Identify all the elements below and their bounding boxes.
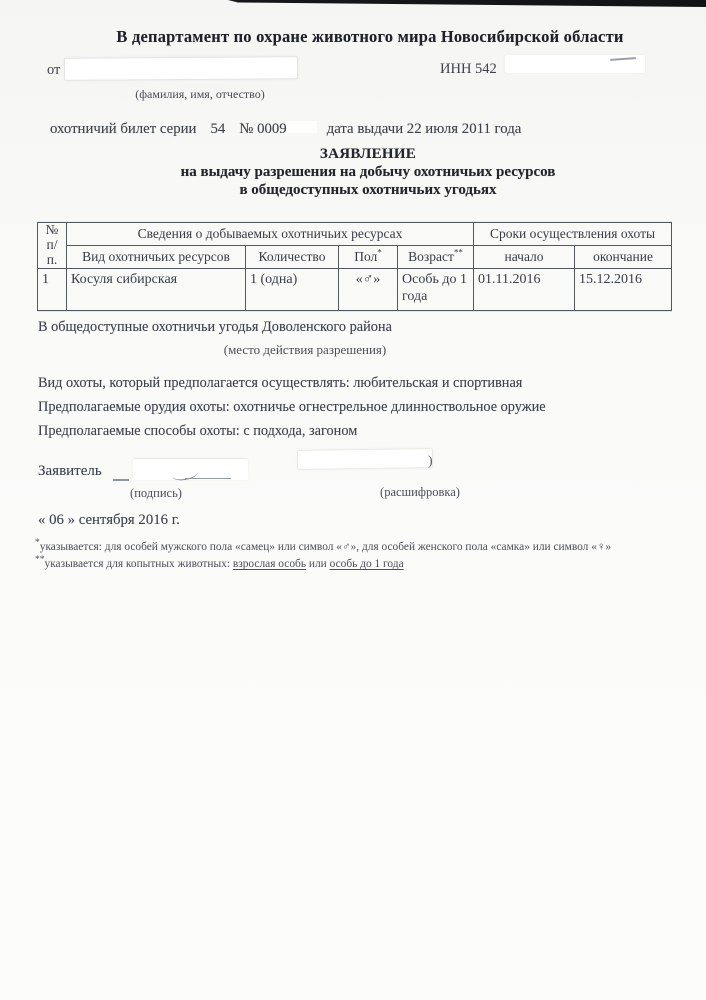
- document-recipient-title: В департамент по охране животного мира Н…: [50, 27, 690, 47]
- scanner-edge-artifact: [0, 0, 706, 8]
- cell-start-date: 01.11.2016: [474, 268, 575, 310]
- signature-pen-line: [185, 478, 231, 479]
- group-header-terms: Сроки осуществления охоты: [474, 223, 672, 246]
- col-header-start: начало: [474, 246, 575, 268]
- permit-area-caption: (место действия разрешения): [125, 342, 485, 358]
- cell-sex: «♂»: [339, 268, 398, 310]
- col-header-num-top: №: [42, 223, 62, 238]
- footnote-sex: *указывается: для особей мужского пола «…: [35, 541, 611, 553]
- col-header-age: Возраст**: [398, 246, 474, 268]
- col-header-qty: Количество: [246, 246, 339, 268]
- ticket-prefix: охотничий билет серии: [50, 121, 196, 137]
- col-header-kind: Вид охотничьих ресурсов: [67, 246, 246, 268]
- application-date: « 06 » сентября 2016 г.: [38, 512, 180, 529]
- applicant-fullname-redaction: [297, 448, 433, 470]
- footnote-age: **указывается для копытных животных: взр…: [35, 558, 404, 570]
- signature-underscore: [113, 479, 129, 481]
- footnote-age-middle: или: [306, 558, 330, 570]
- footnote-sex-text: указывается: для особей мужского пола «с…: [40, 541, 611, 553]
- age-footnote-mark: **: [454, 248, 463, 258]
- table-row: 1 Косуля сибирская 1 (одна) «♂» Особь до…: [38, 268, 672, 310]
- fio-caption: (фамилия, имя, отчество): [110, 87, 290, 102]
- statement-heading: ЗАЯВЛЕНИЕ: [40, 146, 696, 163]
- cell-qty: 1 (одна): [246, 268, 339, 310]
- cell-num: 1: [38, 268, 67, 310]
- hunt-type-line: Вид охоты, который предполагается осущес…: [38, 375, 522, 392]
- col-header-end: окончание: [575, 246, 672, 268]
- resources-table: № п/п. Сведения о добываемых охотничьих …: [37, 222, 672, 311]
- cell-age: Особь до 1 года: [398, 268, 474, 310]
- podpis-caption: (подпись): [100, 486, 212, 501]
- footnote-age-underlined-young: особь до 1 года: [330, 558, 404, 570]
- ticket-number-redaction: [287, 121, 317, 133]
- statement-subheading-2: в общедоступных охотничьих угодьях: [40, 182, 696, 199]
- cell-end-date: 15.12.2016: [575, 268, 672, 310]
- footnote-age-underlined-adult: взрослая особь: [233, 558, 306, 570]
- group-header-resources: Сведения о добываемых охотничьих ресурса…: [67, 223, 474, 246]
- permit-area-line: В общедоступные охотничьи угодья Доволен…: [38, 319, 392, 336]
- scanned-application-form: В департамент по охране животного мира Н…: [0, 0, 706, 1000]
- methods-line: Предполагаемые способы охоты: с подхода,…: [38, 423, 357, 440]
- hunting-ticket-line: охотничий билет серии54№ 0009дата выдачи…: [50, 121, 521, 138]
- col-header-num: № п/п.: [38, 223, 67, 269]
- footnote-age-marker: **: [35, 555, 45, 565]
- ticket-series: 54: [210, 121, 225, 137]
- col-header-num-bottom: п/п.: [42, 238, 62, 268]
- statement-subheading-1: на выдачу разрешения на добычу охотничьи…: [40, 164, 696, 181]
- weapons-line: Предполагаемые орудия охоты: охотничье о…: [38, 399, 546, 416]
- applicant-label: Заявитель: [38, 463, 102, 480]
- closing-paren: ): [428, 454, 433, 470]
- ticket-number: № 0009: [239, 121, 286, 137]
- sex-footnote-mark: *: [377, 248, 382, 258]
- rasshifrovka-caption: (расшифровка): [355, 485, 485, 500]
- inn-label: ИНН 542: [440, 61, 497, 78]
- applicant-name-redaction: [64, 56, 298, 81]
- footnote-age-prefix: указывается для копытных животных:: [45, 558, 233, 570]
- ticket-issue-date: дата выдачи 22 июля 2011 года: [327, 121, 522, 137]
- cell-kind: Косуля сибирская: [67, 268, 246, 310]
- col-header-sex: Пол*: [339, 246, 398, 268]
- from-label: от: [47, 62, 60, 79]
